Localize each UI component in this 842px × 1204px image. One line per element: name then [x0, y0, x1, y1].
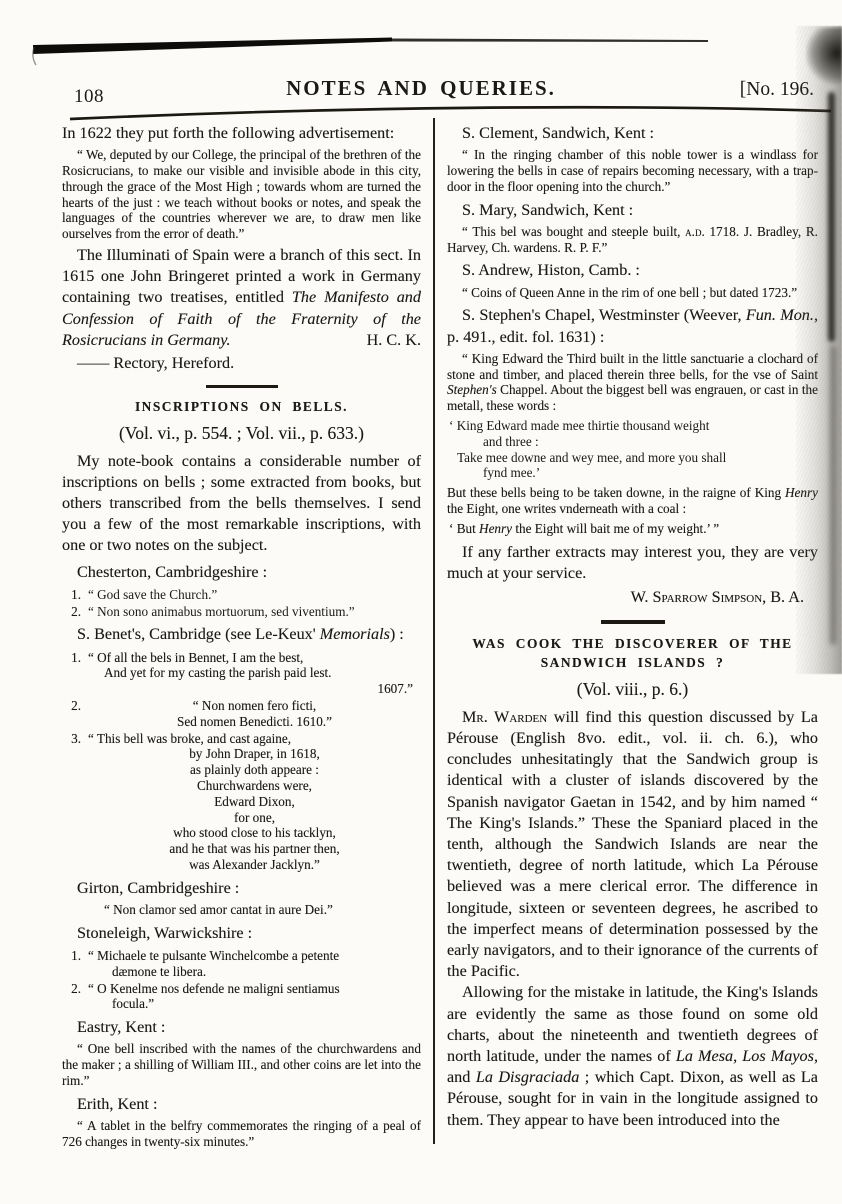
verse-line: Sed nomen Benedicti. 1610.”	[88, 714, 421, 730]
intro-paragraph: In 1622 they put forth the following adv…	[62, 123, 421, 144]
item-number: 1.	[62, 948, 88, 980]
verse-line: fynd mee.’	[449, 465, 818, 481]
item-number: 2.	[62, 981, 88, 1013]
volume-reference: (Vol. viii., p. 6.)	[447, 679, 818, 700]
closing-paragraph: If any farther extracts may interest you…	[447, 542, 818, 584]
island-name-italic: La Disgraciada	[476, 1068, 579, 1086]
place-heading-girton: Girton, Cambridgeshire :	[62, 878, 421, 899]
mary-note: “ This bel was bought and steeple built,…	[447, 224, 818, 256]
henry-bait-line: ‘ But Henry the Eight will bait me of my…	[449, 521, 818, 537]
author-signature: W. Sparrow Simpson, B. A.	[447, 587, 818, 608]
benets-heading-italic: Memorials	[320, 625, 390, 643]
bait-text: the Eight will bait me of my weight.’ ”	[512, 521, 719, 536]
place-heading-eastry: Eastry, Kent :	[62, 1017, 421, 1038]
stephens-note-italic: Stephen's	[447, 382, 497, 397]
item-number: 2.	[62, 604, 88, 620]
verse-line: “ Of all the bels in Bennet, I am the be…	[88, 650, 421, 666]
scan-artifact-top-bar	[0, 0, 842, 130]
verse-line: “ This bell was broke, and cast againe,	[88, 731, 421, 747]
place-heading-mary: S. Mary, Sandwich, Kent :	[447, 200, 818, 221]
verse-lines: “ Non nomen fero ficti, Sed nomen Benedi…	[88, 698, 421, 730]
eastry-note: “ One bell inscribed with the names of t…	[62, 1041, 421, 1088]
verse-lines: “ This bell was broke, and cast againe, …	[88, 731, 421, 873]
benets-heading-end: ) :	[390, 625, 404, 643]
inscription-item: 1. “ God save the Church.”	[62, 587, 421, 603]
item-number: 1.	[62, 587, 88, 603]
page-edge-streak	[828, 92, 835, 342]
rectory-line: —— Rectory, Hereford.	[62, 353, 421, 374]
illuminati-paragraph: The Illuminati of Spain were a branch of…	[62, 245, 421, 351]
verse-lines: “ Michaele te pulsante Winchelcombe a pe…	[88, 948, 421, 980]
erith-note: “ A tablet in the belfry commemorates th…	[62, 1118, 421, 1150]
girton-inscription: “ Non clamor sed amor cantat in aure Dei…	[62, 902, 421, 918]
place-heading-stephens: S. Stephen's Chapel, Westminster (Weever…	[447, 305, 818, 347]
bait-italic: Henry	[479, 521, 512, 536]
verse-line: ‘ King Edward made mee thirtie thousand …	[449, 418, 818, 434]
page-edge-blob	[806, 28, 842, 84]
bait-text: ‘ But	[449, 521, 479, 536]
volume-reference: (Vol. vi., p. 554. ; Vol. vii., p. 633.)	[62, 423, 421, 444]
item-number: 2.	[62, 698, 88, 730]
verse-line: Take mee downe and wey mee, and more you…	[449, 450, 818, 466]
verse-lines: “ Of all the bels in Bennet, I am the be…	[88, 650, 421, 697]
mr-warden-smallcaps: Mr. Warden	[462, 708, 547, 726]
journal-title: NOTES AND QUERIES.	[0, 76, 842, 101]
inscription-item: 2. “ O Kenelme nos defende ne maligni se…	[62, 981, 421, 1013]
verse-line: and three :	[449, 434, 818, 450]
mary-note-text: “ This bel was bought and steeple built,	[462, 224, 685, 239]
verse-line: “ O Kenelme nos defende ne maligni senti…	[88, 981, 421, 997]
benets-heading-text: S. Benet's, Cambridge (see Le-Keux'	[77, 625, 320, 643]
place-heading-stoneleigh: Stoneleigh, Warwickshire :	[62, 923, 421, 944]
verse-line: “ Non nomen fero ficti,	[88, 698, 421, 714]
inscription-item: 2. “ Non sono animabus mortuorum, sed vi…	[62, 604, 421, 620]
anno-domini-smallcaps: a.d.	[685, 224, 705, 239]
cook-paragraph-text: ,	[733, 1047, 742, 1065]
inscription-item: 1. “ Michaele te pulsante Winchelcombe a…	[62, 948, 421, 980]
bells-intro-paragraph: My note-book contains a considerable num…	[62, 451, 421, 557]
verse-line: Edward Dixon,	[88, 794, 421, 810]
stephens-note-text: Chappel. About the biggest bell was engr…	[447, 382, 818, 413]
inscription-item: 2. “ Non nomen fero ficti, Sed nomen Ben…	[62, 698, 421, 730]
place-heading-benets: S. Benet's, Cambridge (see Le-Keux' Memo…	[62, 624, 421, 645]
section-title-cook: WAS COOK THE DISCOVERER OF THE SANDWICH …	[465, 634, 800, 672]
island-name-italic: Los Mayos	[742, 1047, 814, 1065]
item-number: 1.	[62, 650, 88, 697]
rosicrucian-advertisement-quote: “ We, deputed by our College, the princi…	[62, 147, 421, 242]
verse-line: by John Draper, in 1618,	[88, 746, 421, 762]
stephens-heading-text: S. Stephen's Chapel, Westminster (Weever…	[462, 306, 746, 324]
verse-line: dæmone te libera.	[88, 964, 421, 980]
king-edward-verse: ‘ King Edward made mee thirtie thousand …	[449, 418, 818, 481]
item-number: 3.	[62, 731, 88, 873]
stephens-note-text: “ King Edward the Third built in the lit…	[447, 351, 818, 382]
cook-paragraph-text: will find this question discussed by La …	[447, 708, 818, 980]
place-heading-andrew: S. Andrew, Histon, Camb. :	[447, 260, 818, 281]
verse-line: and he that was his partner then,	[88, 841, 421, 857]
verse-line: “ Michaele te pulsante Winchelcombe a pe…	[88, 948, 421, 964]
verse-line: focula.”	[88, 996, 421, 1012]
right-column: S. Clement, Sandwich, Kent : “ In the ri…	[447, 123, 818, 1131]
section-divider	[206, 385, 278, 387]
place-heading-erith: Erith, Kent :	[62, 1094, 421, 1115]
verse-line: Churchwardens were,	[88, 778, 421, 794]
inscription-item: 1. “ Of all the bels in Bennet, I am the…	[62, 650, 421, 697]
contributor-initials: H. C. K.	[352, 330, 421, 351]
page-edge-streak	[830, 345, 836, 645]
section-divider	[601, 620, 665, 624]
item-text: “ God save the Church.”	[88, 587, 421, 603]
column-divider-rule	[433, 118, 435, 1144]
verse-line: for one,	[88, 810, 421, 826]
place-heading-chesterton: Chesterton, Cambridgeshire :	[62, 562, 421, 583]
cook-paragraph-1: Mr. Warden will find this question discu…	[447, 707, 818, 983]
verse-lines: “ O Kenelme nos defende ne maligni senti…	[88, 981, 421, 1013]
coal-note-text: But these bells being to be taken downe,…	[447, 485, 785, 500]
clement-note: “ In the ringing chamber of this noble t…	[447, 147, 818, 194]
verse-line: as plainly doth appeare :	[88, 762, 421, 778]
stephens-note: “ King Edward the Third built in the lit…	[447, 351, 818, 414]
coal-note-text: the Eight, one writes vnderneath with a …	[447, 501, 686, 516]
scanned-page: 108 NOTES AND QUERIES. [No. 196. In 1622…	[0, 0, 842, 1204]
verse-line: And yet for my casting the parish paid l…	[88, 665, 421, 681]
section-title-bells: INSCRIPTIONS ON BELLS.	[80, 397, 403, 416]
left-column: In 1622 they put forth the following adv…	[62, 123, 421, 1153]
place-heading-clement: S. Clement, Sandwich, Kent :	[447, 123, 818, 144]
item-text: “ Non sono animabus mortuorum, sed viven…	[88, 604, 421, 620]
inscription-item: 3. “ This bell was broke, and cast again…	[62, 731, 421, 873]
cook-paragraph-2: Allowing for the mistake in latitude, th…	[447, 982, 818, 1130]
verse-line: 1607.”	[88, 681, 421, 697]
island-name-italic: La Mesa	[676, 1047, 733, 1065]
verse-line: who stood close to his tacklyn,	[88, 825, 421, 841]
andrew-note: “ Coins of Queen Anne in the rim of one …	[447, 285, 818, 301]
verse-line: was Alexander Jacklyn.”	[88, 857, 421, 873]
coal-note: But these bells being to be taken downe,…	[447, 485, 818, 517]
